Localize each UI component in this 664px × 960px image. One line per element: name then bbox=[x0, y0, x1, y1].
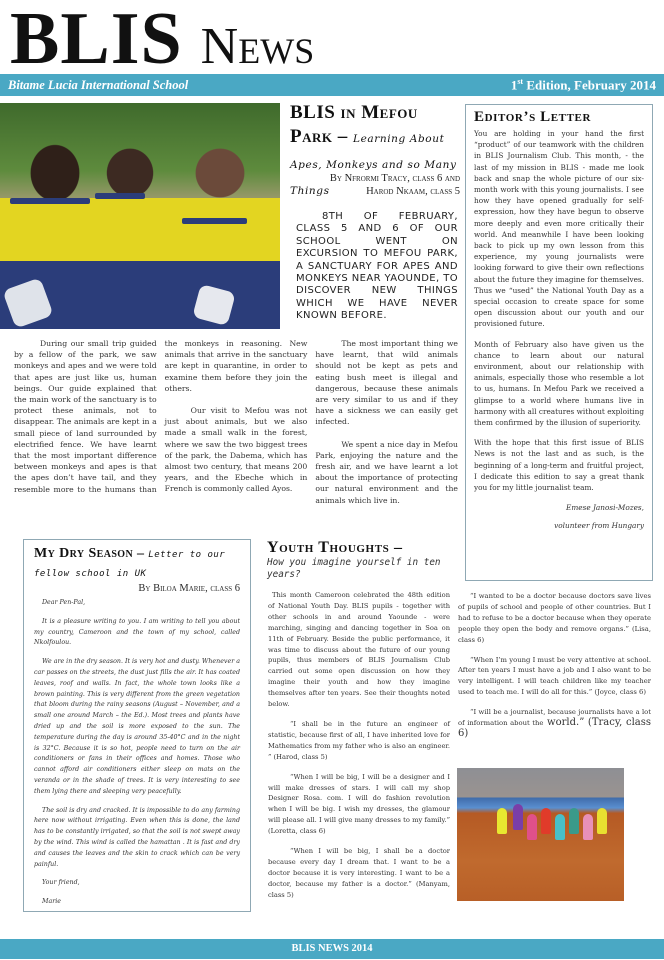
notebook-shape bbox=[192, 284, 236, 326]
dancer-figure bbox=[555, 814, 565, 840]
top-banner: Bitame Lucia International School 1st Ed… bbox=[0, 74, 664, 96]
dry-season-byline: By Biloa Marie, class 6 bbox=[34, 583, 240, 594]
dry-season-box: My Dry Season – Letter to our fellow sch… bbox=[23, 539, 251, 912]
mefou-article-body: During our small trip guided by a fellow… bbox=[14, 338, 458, 528]
dry-season-headline: My Dry Season – Letter to our fellow sch… bbox=[34, 545, 240, 583]
masthead-title-main: BLIS bbox=[10, 6, 183, 72]
youth-quote: “I will be a journalist, because journal… bbox=[458, 707, 651, 740]
editor-paragraph: Month of February also have given us the… bbox=[474, 339, 644, 429]
youth-thoughts-left-column: This month Cameroon celebrated the 48th … bbox=[268, 590, 450, 910]
letter-salutation: Dear Pen-Pal, bbox=[42, 598, 240, 609]
youth-quote: “I wanted to be a doctor because doctors… bbox=[458, 591, 651, 646]
collar-stripe bbox=[10, 198, 90, 204]
dancer-figure bbox=[527, 814, 537, 840]
edition-label: 1st Edition, February 2014 bbox=[511, 77, 656, 93]
mefou-byline: By Nfrormi Tracy, class 6 and Harod Nkaa… bbox=[290, 172, 460, 198]
byline-line-2: Harod Nkaam, class 5 bbox=[290, 185, 460, 198]
youth-quote: “I shall be in the future an engineer of… bbox=[268, 719, 450, 763]
collar-stripe bbox=[95, 193, 145, 199]
dancer-figure bbox=[597, 808, 607, 834]
byline-line-1: By Nfrormi Tracy, class 6 and bbox=[290, 172, 460, 185]
editor-paragraph: You are holding in your hand the first “… bbox=[474, 128, 644, 330]
article-paragraph: The most important thing we have learnt,… bbox=[315, 338, 458, 428]
notebook-shape bbox=[2, 277, 53, 328]
editors-letter-title: Editor’s Letter bbox=[474, 109, 644, 126]
dancer-figure bbox=[513, 804, 523, 830]
school-name: Bitame Lucia International School bbox=[8, 78, 188, 93]
dancer-figure bbox=[497, 808, 507, 834]
editors-letter-box: Editor’s Letter You are holding in your … bbox=[465, 104, 653, 581]
dancer-figure bbox=[541, 808, 551, 834]
letter-paragraph: We are in the dry season. It is very hot… bbox=[34, 657, 240, 797]
youth-thoughts-right-column: “I wanted to be a doctor because doctors… bbox=[458, 591, 651, 749]
edition-date: Edition, February 2014 bbox=[523, 77, 656, 92]
collar-stripe bbox=[182, 218, 247, 224]
students-in-uniform-photo bbox=[0, 103, 280, 329]
article-paragraph: Our visit to Mefou was not just about an… bbox=[165, 405, 308, 495]
editor-paragraph: With the hope that this first issue of B… bbox=[474, 437, 644, 493]
article-paragraph: We spent a nice day in Mefou Park, enjoy… bbox=[315, 439, 458, 506]
editor-signature-name: Emese Janosi-Mozes, bbox=[474, 502, 644, 513]
letter-signature: Marie bbox=[42, 897, 240, 908]
footer-banner: BLIS NEWS 2014 bbox=[0, 939, 664, 959]
headline-dash: – bbox=[333, 126, 354, 147]
youth-thoughts-subtitle: How you imagine yourself in ten years? bbox=[267, 557, 457, 581]
editor-signature-role: volunteer from Hungary bbox=[474, 520, 644, 531]
letter-closing: Your friend, bbox=[42, 878, 240, 889]
letter-paragraph: The soil is dry and cracked. It is impos… bbox=[34, 806, 240, 871]
dancing-children-photo bbox=[457, 768, 624, 901]
youth-intro: This month Cameroon celebrated the 48th … bbox=[268, 590, 450, 710]
headline-dash: – bbox=[133, 546, 148, 561]
dancer-figure bbox=[583, 814, 593, 840]
masthead-title-secondary: News bbox=[201, 14, 315, 80]
youth-quote: “When I will be big, I will be a designe… bbox=[268, 772, 450, 837]
youth-thoughts-title: Youth Thoughts – bbox=[267, 538, 457, 558]
youth-quote: “When I will be big, I shall be a doctor… bbox=[268, 846, 450, 901]
dry-season-title: My Dry Season bbox=[34, 546, 133, 561]
masthead: BLIS News bbox=[10, 6, 314, 72]
mefou-lead: 8th of February, class 5 and 6 of our sc… bbox=[296, 211, 458, 323]
dancer-figure bbox=[569, 808, 579, 834]
letter-paragraph: It is a pleasure writing to you. I am wr… bbox=[34, 617, 240, 649]
youth-quote: “When I’m young I must be very attentive… bbox=[458, 655, 651, 699]
